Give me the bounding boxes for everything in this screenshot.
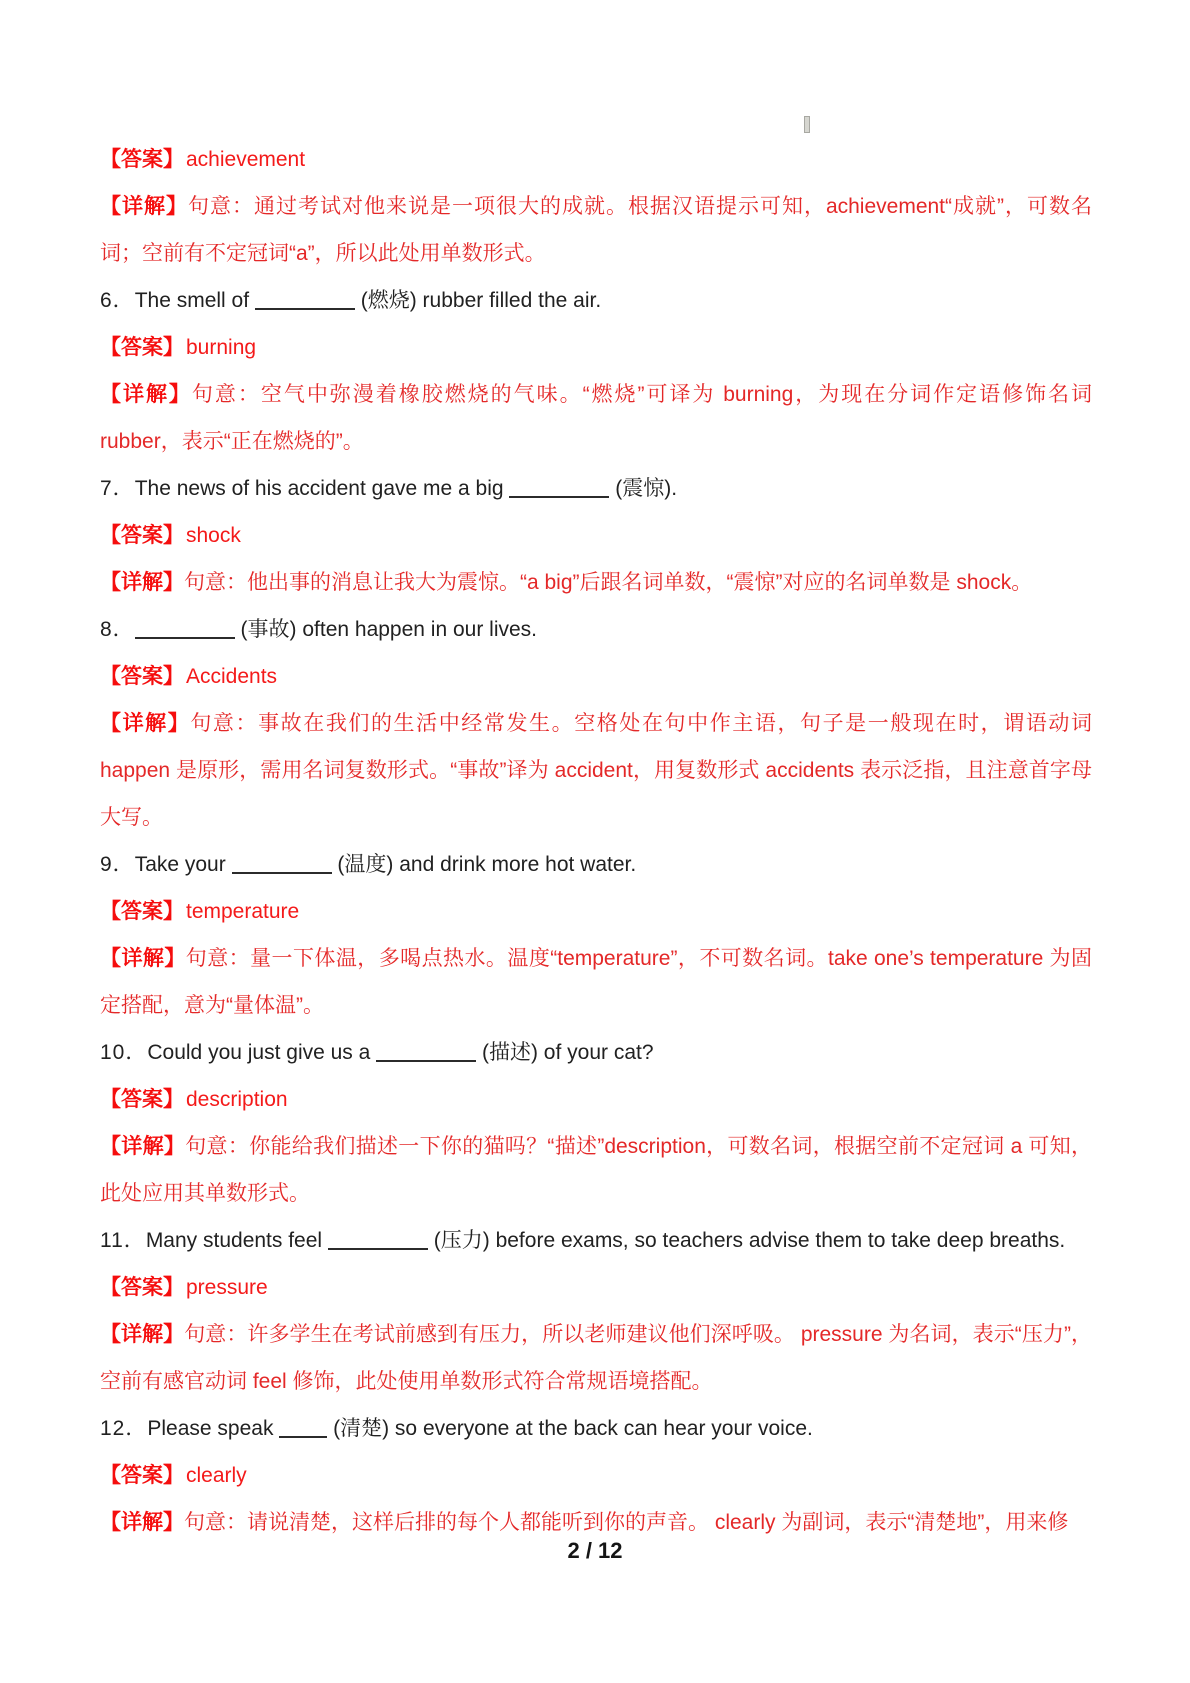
question-text: Could you just give us a xyxy=(147,1041,376,1064)
question-line: 6．The smell of (燃烧) rubber filled the ai… xyxy=(100,277,1092,324)
answer-blank xyxy=(328,1245,428,1250)
explanation-text: 句意：通过考试对他来说是一项很大的成就。根据汉语提示可知，achievement… xyxy=(100,195,1092,265)
question-number: 7． xyxy=(100,477,135,500)
explanation-line: 【详解】句意：量一下体温，多喝点热水。温度“temperature”，不可数名词… xyxy=(100,935,1092,1029)
answer-blank xyxy=(279,1433,327,1438)
question-line: 12．Please speak (清楚) so everyone at the … xyxy=(100,1405,1092,1452)
explain-label: 【详解】 xyxy=(100,383,192,406)
explain-label: 【详解】 xyxy=(100,712,190,735)
answer-label: 【答案】 xyxy=(100,1088,184,1111)
answer-blank xyxy=(232,869,332,874)
answer-label: 【答案】 xyxy=(100,1464,184,1487)
answer-label: 【答案】 xyxy=(100,665,184,688)
answer-label: 【答案】 xyxy=(100,524,184,547)
question-text: (温度) and drink more hot water. xyxy=(332,853,637,876)
question-text: The smell of xyxy=(135,289,255,312)
answer-key-content: 【答案】achievement【详解】句意：通过考试对他来说是一项很大的成就。根… xyxy=(100,136,1092,1546)
question-number: 12． xyxy=(100,1417,147,1440)
answer-text: temperature xyxy=(184,900,299,923)
document-page: 【答案】achievement【详解】句意：通过考试对他来说是一项很大的成就。根… xyxy=(0,0,1190,1683)
question-line: 10．Could you just give us a (描述) of your… xyxy=(100,1029,1092,1076)
answer-text: clearly xyxy=(184,1464,247,1487)
explanation-line: 【详解】句意：通过考试对他来说是一项很大的成就。根据汉语提示可知，achieve… xyxy=(100,183,1092,277)
question-number: 9． xyxy=(100,853,135,876)
answer-blank xyxy=(509,493,609,498)
question-number: 10． xyxy=(100,1041,147,1064)
answer-line: 【答案】temperature xyxy=(100,888,1092,935)
explanation-text: 句意：你能给我们描述一下你的猫吗？“描述”description，可数名词，根据… xyxy=(100,1135,1092,1205)
answer-blank xyxy=(255,305,355,310)
answer-text: burning xyxy=(184,336,256,359)
answer-text: description xyxy=(184,1088,288,1111)
answer-blank xyxy=(376,1057,476,1062)
answer-text: achievement xyxy=(184,148,305,171)
explanation-line: 【详解】句意：许多学生在考试前感到有压力，所以老师建议他们深呼吸。 pressu… xyxy=(100,1311,1092,1405)
explanation-text: 句意：许多学生在考试前感到有压力，所以老师建议他们深呼吸。 pressure 为… xyxy=(100,1323,1092,1393)
question-line: 7．The news of his accident gave me a big… xyxy=(100,465,1092,512)
answer-line: 【答案】achievement xyxy=(100,136,1092,183)
question-number: 6． xyxy=(100,289,135,312)
explanation-text: 句意：空气中弥漫着橡胶燃烧的气味。“燃烧”可译为 burning，为现在分词作定… xyxy=(100,383,1092,453)
question-text: Please speak xyxy=(147,1417,279,1440)
explain-label: 【详解】 xyxy=(100,947,186,970)
explanation-line: 【详解】句意：你能给我们描述一下你的猫吗？“描述”description，可数名… xyxy=(100,1123,1092,1217)
explain-label: 【详解】 xyxy=(100,571,184,594)
question-text: Take your xyxy=(135,853,232,876)
answer-text: shock xyxy=(184,524,241,547)
explanation-line: 【详解】句意：事故在我们的生活中经常发生。空格处在句中作主语，句子是一般现在时，… xyxy=(100,700,1092,841)
question-number: 8． xyxy=(100,618,135,641)
question-text: The news of his accident gave me a big xyxy=(135,477,510,500)
answer-label: 【答案】 xyxy=(100,1276,184,1299)
explanation-text: 句意：事故在我们的生活中经常发生。空格处在句中作主语，句子是一般现在时，谓语动词… xyxy=(100,712,1092,829)
explain-label: 【详解】 xyxy=(100,195,188,218)
answer-text: Accidents xyxy=(184,665,277,688)
explanation-line: 【详解】句意：空气中弥漫着橡胶燃烧的气味。“燃烧”可译为 burning，为现在… xyxy=(100,371,1092,465)
explanation-text: 句意：他出事的消息让我大为震惊。“a big”后跟名词单数，“震惊”对应的名词单… xyxy=(184,571,1032,594)
text-cursor-artifact xyxy=(804,116,810,133)
answer-blank xyxy=(135,634,235,639)
question-text: Many students feel xyxy=(146,1229,328,1252)
answer-line: 【答案】shock xyxy=(100,512,1092,559)
answer-line: 【答案】Accidents xyxy=(100,653,1092,700)
answer-line: 【答案】burning xyxy=(100,324,1092,371)
question-text: (燃烧) rubber filled the air. xyxy=(355,289,601,312)
answer-label: 【答案】 xyxy=(100,148,184,171)
question-line: 8． (事故) often happen in our lives. xyxy=(100,606,1092,653)
answer-text: pressure xyxy=(184,1276,268,1299)
page-number: 2 / 12 xyxy=(0,1538,1190,1564)
question-line: 9．Take your (温度) and drink more hot wate… xyxy=(100,841,1092,888)
question-text: (压力) before exams, so teachers advise th… xyxy=(428,1229,1065,1252)
question-text: (事故) often happen in our lives. xyxy=(235,618,537,641)
question-text: (描述) of your cat? xyxy=(476,1041,653,1064)
explanation-text: 句意：量一下体温，多喝点热水。温度“temperature”，不可数名词。tak… xyxy=(100,947,1092,1017)
question-text: (清楚) so everyone at the back can hear yo… xyxy=(327,1417,813,1440)
question-text: (震惊). xyxy=(609,477,677,500)
explain-label: 【详解】 xyxy=(100,1135,185,1158)
question-line: 11．Many students feel (压力) before exams,… xyxy=(100,1217,1092,1264)
answer-label: 【答案】 xyxy=(100,900,184,923)
explanation-line: 【详解】句意：他出事的消息让我大为震惊。“a big”后跟名词单数，“震惊”对应… xyxy=(100,559,1092,606)
answer-line: 【答案】description xyxy=(100,1076,1092,1123)
explain-label: 【详解】 xyxy=(100,1511,184,1534)
answer-line: 【答案】clearly xyxy=(100,1452,1092,1499)
answer-label: 【答案】 xyxy=(100,336,184,359)
explanation-text: 句意：请说清楚，这样后排的每个人都能听到你的声音。 clearly 为副词，表示… xyxy=(184,1511,1068,1534)
explain-label: 【详解】 xyxy=(100,1323,184,1346)
question-number: 11． xyxy=(100,1229,146,1252)
answer-line: 【答案】pressure xyxy=(100,1264,1092,1311)
